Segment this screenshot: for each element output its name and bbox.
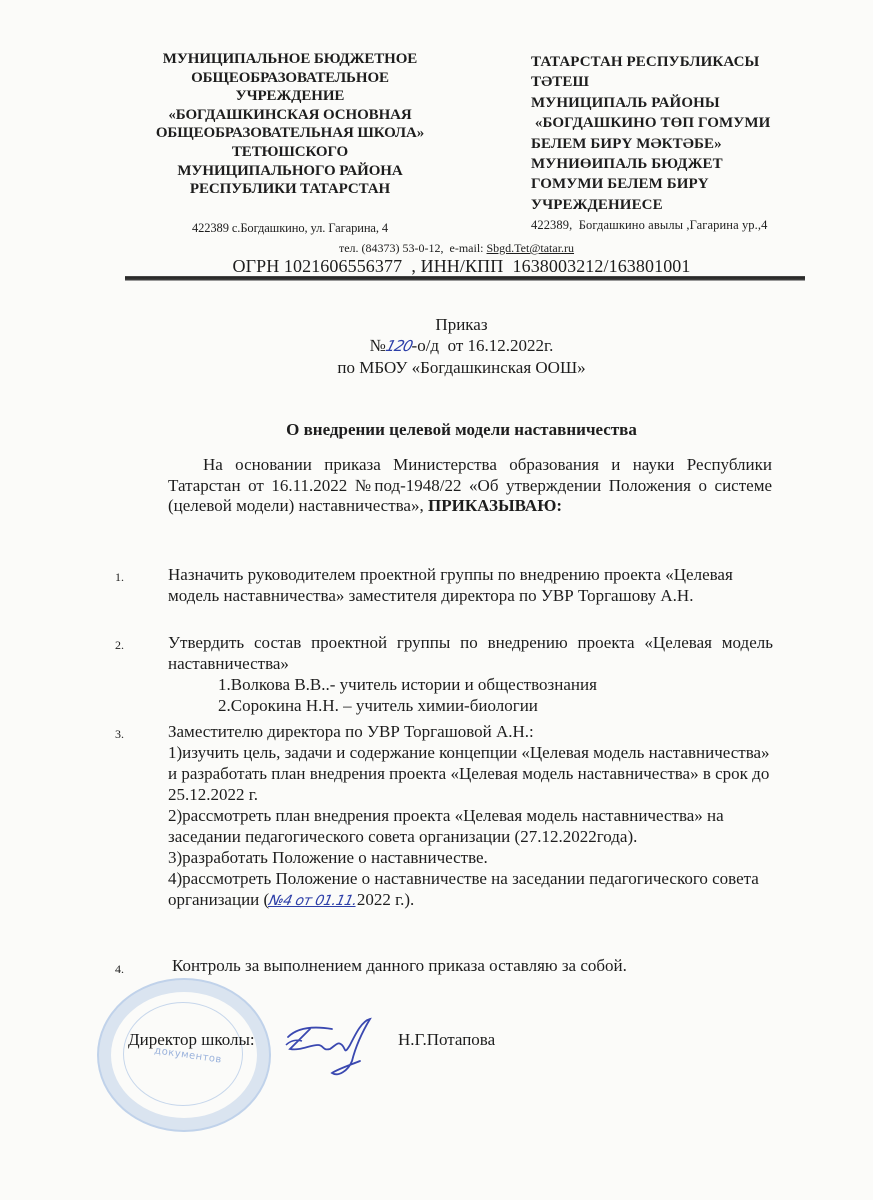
order-subject: О внедрении целевой модели наставничеств… [0,420,873,440]
header-line: МУНИЦИПАЛЬ РАЙОНЫ [531,93,831,113]
group-member: 1.Волкова В.В..- учитель истории и общес… [168,674,773,695]
header-line: «БОГДАШКИНСКАЯ ОСНОВНАЯ [130,106,450,125]
registration-numbers: ОГРН 1021606556377 , ИНН/КПП 1638003212/… [0,256,873,277]
item-number: 4. [115,962,124,977]
address-tatar: 422389, Богдашкино авылы ,Гагарина ур.,4 [531,217,831,233]
official-stamp: документов [97,978,271,1132]
list-item-3: Заместителю директора по УВР Торгашовой … [168,721,773,912]
header-line: БЕЛЕМ БИРҮ МӘКТӘБЕ» [531,134,831,154]
order-number-line: №120-о/д от 16.12.2022г. [50,335,873,357]
handwritten-order-number: 120 [383,336,414,357]
task-4-prefix: 4)рассмотреть Положение о наставничестве… [168,869,759,909]
item-number: 2. [115,638,124,653]
list-item-2: Утвердить состав проектной группы по вне… [168,632,773,716]
task-4-suffix: 2022 г.). [357,890,414,909]
item-3-text: Заместителю директора по УВР Торгашовой … [168,721,773,742]
header-line: ОБЩЕОБРАЗОВАТЕЛЬНАЯ ШКОЛА» [130,124,450,143]
list-item-4: Контроль за выполнением данного приказа … [172,955,777,976]
order-title: Приказ [50,314,873,335]
task: 2)рассмотреть план внедрения проекта «Це… [168,805,773,847]
item-number: 3. [115,727,124,742]
header-line: МУНИӨИПАЛЬ БЮДЖЕТ [531,154,831,174]
task: 1)изучить цель, задачи и содержание конц… [168,742,773,805]
header-line: МУНИЦИПАЛЬНОГО РАЙОНА [130,162,450,181]
order-title-block: Приказ №120-о/д от 16.12.2022г. по МБОУ … [0,314,873,378]
list-item-1: Назначить руководителем проектной группы… [168,564,773,606]
header-line: РЕСПУБЛИКИ ТАТАРСТАН [130,180,450,199]
header-line: ГОМУМИ БЕЛЕМ БИРҮ [531,174,831,194]
phone-text: тел. (84373) 53-0-12, e-mail: [339,241,487,255]
header-right-tatar: ТАТАРСТАН РЕСПУБЛИКАСЫ ТӘТЕШ МУНИЦИПАЛЬ … [531,52,831,233]
header-line: ТЕТЮШСКОГО [130,143,450,162]
item-number: 1. [115,570,124,585]
address-russian: 422389 с.Богдашкино, ул. Гагарина, 4 [130,219,450,238]
header-line: УЧРЕЖДЕНИЕСЕ [531,195,831,215]
header-line: «БОГДАШКИНО ТӨП ГОМУМИ [531,113,831,133]
order-organization: по МБОУ «Богдашкинская ООШ» [50,357,873,378]
header-left-russian: МУНИЦИПАЛЬНОЕ БЮДЖЕТНОЕ ОБЩЕОБРАЗОВАТЕЛЬ… [130,50,450,237]
order-number-date: -о/д от 16.12.2022г. [412,336,554,355]
task: 4)рассмотреть Положение о наставничестве… [168,868,773,912]
task: 3)разработать Положение о наставничестве… [168,847,773,868]
header-divider [125,276,805,281]
handwritten-protocol-ref: №4 от 01.11. [267,891,359,912]
header-line: МУНИЦИПАЛЬНОЕ БЮДЖЕТНОЕ [130,50,450,69]
header-line: УЧРЕЖДЕНИЕ [130,87,450,106]
email-link[interactable]: Sbgd.Tet@tatar.ru [487,241,575,255]
document-page: МУНИЦИПАЛЬНОЕ БЮДЖЕТНОЕ ОБЩЕОБРАЗОВАТЕЛЬ… [0,0,873,1200]
director-name: Н.Г.Потапова [398,1030,495,1050]
group-member: 2.Сорокина Н.Н. – учитель химии-биологии [168,695,773,716]
contacts-line: тел. (84373) 53-0-12, e-mail: Sbgd.Tet@t… [0,241,873,256]
preamble-paragraph: На основании приказа Министерства образо… [168,455,772,517]
header-line: ТАТАРСТАН РЕСПУБЛИКАСЫ [531,52,831,72]
header-line: ТӘТЕШ [531,72,831,92]
signature-role: Директор школы: [128,1030,255,1050]
header-line: ОБЩЕОБРАЗОВАТЕЛЬНОЕ [130,69,450,88]
item-2-text: Утвердить состав проектной группы по вне… [168,632,773,674]
order-command: ПРИКАЗЫВАЮ: [428,496,562,515]
handwritten-signature-icon [280,1015,380,1085]
